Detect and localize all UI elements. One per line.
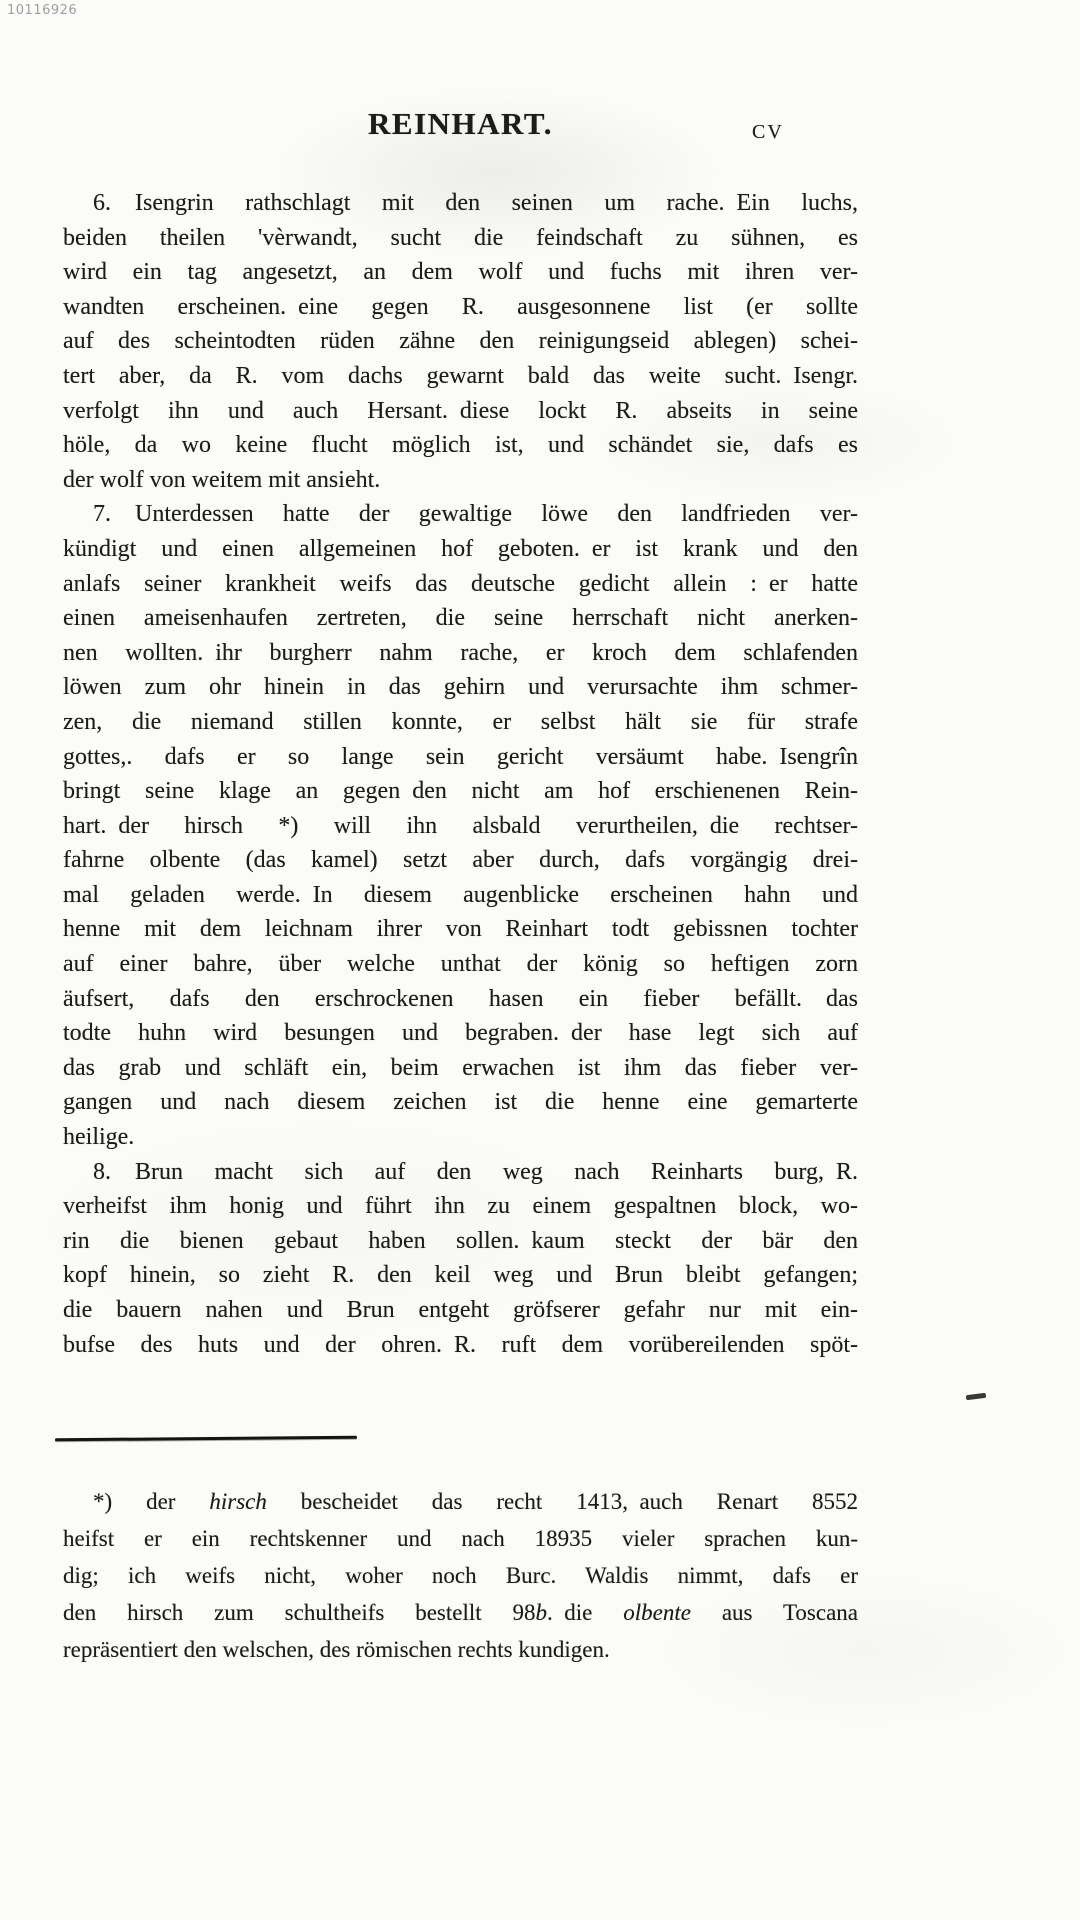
page-title: REINHART. xyxy=(63,106,858,142)
body-line: kündigt und einen allgemeinen hof gebote… xyxy=(63,532,858,567)
footnote-text: den hirsch zum schultheifs bestellt 98 xyxy=(63,1600,536,1625)
body-line: die bauern nahen und Brun entgeht gröfse… xyxy=(63,1293,858,1328)
body-line: höle, da wo keine flucht möglich ist, un… xyxy=(63,428,858,463)
body-line: gangen und nach diesem zeichen ist die h… xyxy=(63,1085,858,1120)
scan-id-number: 10116926 xyxy=(7,3,77,18)
body-line: wird ein tag angesetzt, an dem wolf und … xyxy=(63,255,858,290)
body-line: löwen zum ohr hinein in das gehirn und v… xyxy=(63,670,858,705)
footnote-text: heifst er ein rechtskenner und nach 1893… xyxy=(63,1526,858,1551)
body-line: einen ameisenhaufen zertreten, die seine… xyxy=(63,601,858,636)
footnote-line: repräsentiert den welschen, des römische… xyxy=(63,1631,858,1668)
body-line: anlafs seiner krankheit weifs das deutsc… xyxy=(63,567,858,602)
footnote-text: bescheidet das recht 1413, auch Renart 8… xyxy=(267,1489,858,1514)
scanned-book-page: 10116926 REINHART. CV 6. Isengrin rathsc… xyxy=(0,0,1080,1920)
body-line: 7. Unterdessen hatte der gewaltige löwe … xyxy=(63,497,858,532)
body-line: beiden theilen 'vèrwandt, sucht die fein… xyxy=(63,221,858,256)
body-line: verheifst ihm honig und führt ihn zu ein… xyxy=(63,1189,858,1224)
body-line: nen wollten. ihr burgherr nahm rache, er… xyxy=(63,636,858,671)
body-line: das grab und schläft ein, beim erwachen … xyxy=(63,1051,858,1086)
body-line: verfolgt ihn und auch Hersant. diese loc… xyxy=(63,394,858,429)
page-number: CV xyxy=(752,121,822,144)
footnote-separator-rule xyxy=(55,1436,357,1442)
body-line: fahrne olbente (das kamel) setzt aber du… xyxy=(63,843,858,878)
body-line: auf einer bahre, über welche unthat der … xyxy=(63,947,858,982)
footnote-text: repräsentiert den welschen, des römische… xyxy=(63,1637,610,1662)
body-text: 6. Isengrin rathschlagt mit den seinen u… xyxy=(63,186,858,1362)
body-line: 6. Isengrin rathschlagt mit den seinen u… xyxy=(63,186,858,221)
footnote-line: heifst er ein rechtskenner und nach 1893… xyxy=(63,1520,858,1557)
body-line: der wolf von weitem mit ansieht. xyxy=(63,463,858,498)
body-line: bufse des huts und der ohren. R. ruft de… xyxy=(63,1328,858,1363)
footnote-text-italic: b xyxy=(536,1600,548,1625)
body-line: auf des scheintodten rüden zähne den rei… xyxy=(63,324,858,359)
footnote-line: *) der hirsch bescheidet das recht 1413,… xyxy=(63,1483,858,1520)
ink-smudge-artifact xyxy=(966,1393,986,1400)
body-line: todte huhn wird besungen und begraben. d… xyxy=(63,1016,858,1051)
footnote: *) der hirsch bescheidet das recht 1413,… xyxy=(63,1483,858,1668)
footnote-line: dig; ich weifs nicht, woher noch Burc. W… xyxy=(63,1557,858,1594)
footnote-text-italic: hirsch xyxy=(209,1489,267,1514)
footnote-text: aus Toscana xyxy=(691,1600,858,1625)
footnote-text: dig; ich weifs nicht, woher noch Burc. W… xyxy=(63,1563,858,1588)
body-line: zen, die niemand stillen konnte, er selb… xyxy=(63,705,858,740)
body-line: rin die bienen gebaut haben sollen. kaum… xyxy=(63,1224,858,1259)
body-line: wandten erscheinen. eine gegen R. ausges… xyxy=(63,290,858,325)
body-line: heilige. xyxy=(63,1120,858,1155)
body-line: mal geladen werde. In diesem augenblicke… xyxy=(63,878,858,913)
body-line: 8. Brun macht sich auf den weg nach Rein… xyxy=(63,1155,858,1190)
footnote-text: . die xyxy=(547,1600,623,1625)
body-line: hart. der hirsch *) will ihn alsbald ver… xyxy=(63,809,858,844)
body-line: gottes,. dafs er so lange sein gericht v… xyxy=(63,740,858,775)
footnote-text: *) der xyxy=(93,1489,209,1514)
footnote-text-italic: olbente xyxy=(623,1600,691,1625)
footnote-line: den hirsch zum schultheifs bestellt 98b.… xyxy=(63,1594,858,1631)
body-line: bringt seine klage an gegen den nicht am… xyxy=(63,774,858,809)
body-line: äufsert, dafs den erschrockenen hasen ei… xyxy=(63,982,858,1017)
body-line: henne mit dem leichnam ihrer von Reinhar… xyxy=(63,912,858,947)
body-line: tert aber, da R. vom dachs gewarnt bald … xyxy=(63,359,858,394)
body-line: kopf hinein, so zieht R. den keil weg un… xyxy=(63,1258,858,1293)
